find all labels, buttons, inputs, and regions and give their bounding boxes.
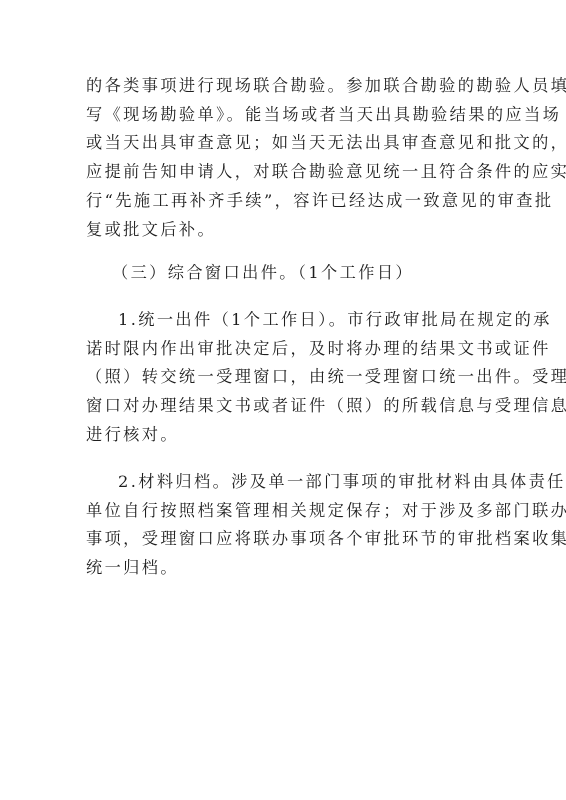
text-line: 窗口对办理结果文书或者证件（照）的所载信息与受理信息	[86, 392, 566, 420]
text-line: 进行核对。	[86, 421, 179, 449]
section-heading-text: （三）综合窗口出件。（1个工作日）	[112, 259, 414, 287]
text-line: 单位自行按照档案管理相关规定保存；对于涉及多部门联办	[86, 497, 566, 525]
text-line: 复或批文后补。	[86, 216, 216, 244]
text-line: 1.统一出件（1个工作日）。市行政审批局在规定的承	[118, 306, 552, 334]
text-line: 写《现场勘验单》。能当场或者当天出具勘验结果的应当场	[86, 101, 561, 129]
text-line: 行“先施工再补齐手续”，容许已经达成一致意见的审查批	[86, 187, 553, 215]
text-line: （照）转交统一受理窗口，由统一受理窗口统一出件。受理	[86, 363, 566, 391]
text-line: 诺时限内作出审批决定后，及时将办理的结果文书或证件	[86, 335, 551, 363]
text-line: 事项，受理窗口应将联办事项各个审批环节的审批档案收集	[86, 525, 566, 553]
text-line: 统一归档。	[86, 554, 179, 582]
text-line: 或当天出具审查意见；如当天无法出具审查意见和批文的，	[86, 129, 566, 157]
text-line: 应提前告知申请人，对联合勘验意见统一且符合条件的应实	[86, 158, 566, 186]
text-line: 的各类事项进行现场联合勘验。参加联合勘验的勘验人员填	[86, 72, 566, 100]
text-line: 2.材料归档。涉及单一部门事项的审批材料由具体责任	[118, 468, 566, 496]
document-page: 的各类事项进行现场联合勘验。参加联合勘验的勘验人员填 写《现场勘验单》。能当场或…	[0, 0, 566, 800]
